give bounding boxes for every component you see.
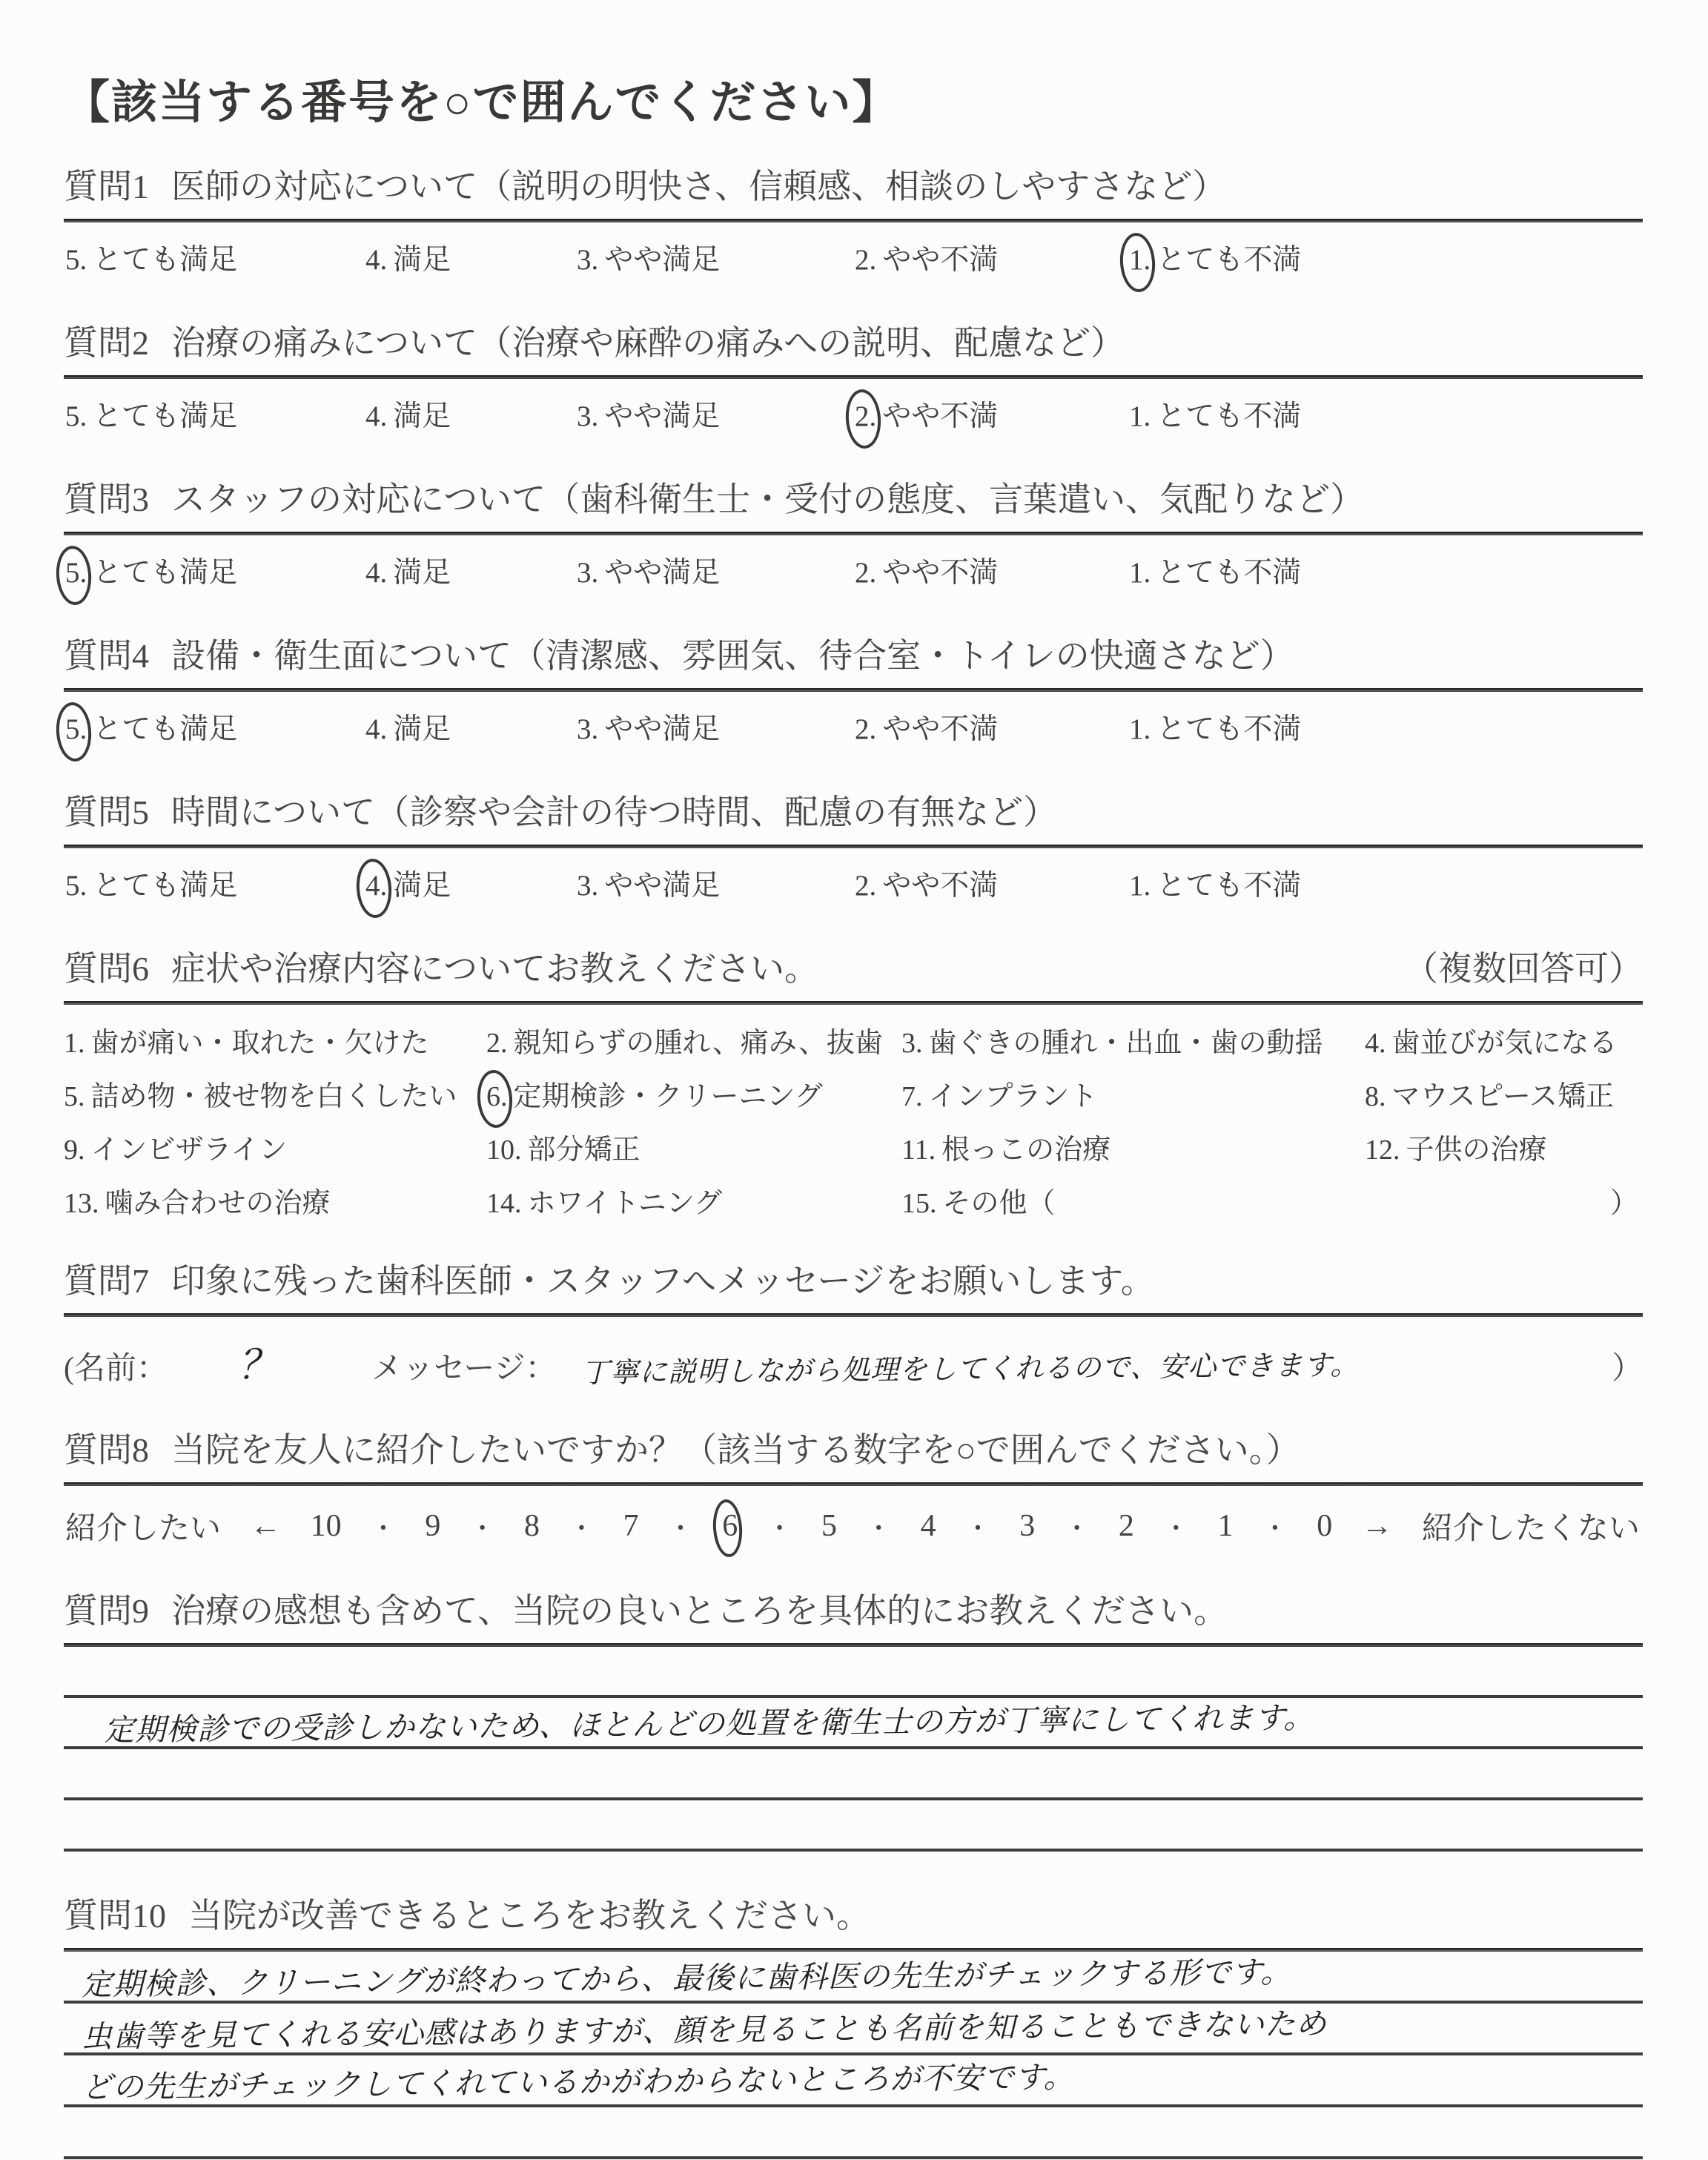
handwritten-answer: 定期検診での受診しかないため、ほとんどの処置を衛生士の方が丁寧にしてくれます。	[64, 1693, 1315, 1753]
circle-mark: 1.	[1129, 242, 1151, 279]
rating-option-5[interactable]: 5.とても満足	[65, 242, 365, 279]
nps-number-7[interactable]: 7	[623, 1508, 639, 1544]
rating-option-2[interactable]: 2.やや不満	[855, 868, 1129, 905]
rating-option-1[interactable]: 1.とても不満	[1129, 555, 1643, 592]
nps-number-9[interactable]: 9	[425, 1508, 440, 1544]
question-9-header: 質問9 治療の感想も含めて、当院の良いところを具体的にお教えください。	[64, 1590, 1643, 1633]
question-number: 質問8	[64, 1429, 149, 1472]
question-9: 質問9 治療の感想も含めて、当院の良いところを具体的にお教えください。 定期検診…	[64, 1590, 1643, 1852]
symptom-option-5[interactable]: 5.詰め物・被せ物を白くしたい	[64, 1079, 486, 1114]
question-number: 質問9	[64, 1590, 149, 1633]
question-title: スタッフの対応について（歯科衛生士・受付の態度、言葉遣い、気配りなど）	[171, 478, 1364, 521]
circle-mark: 2.	[855, 398, 876, 435]
handwritten-name[interactable]: ？	[238, 1333, 279, 1391]
nps-number-3[interactable]: 3	[1019, 1508, 1035, 1544]
symptom-option-3[interactable]: 3.歯ぐきの腫れ・出血・歯の動揺	[901, 1025, 1365, 1061]
dot-separator: ・	[1163, 1508, 1188, 1545]
symptom-option-12[interactable]: 12.子供の治療	[1365, 1132, 1643, 1168]
question-10: 質問10 当院が改善できるところをお教えください。 定期検診、クリーニングが終わ…	[64, 1895, 1643, 2159]
answer-line[interactable]: 定期検診、クリーニングが終わってから、最後に歯科医の先生がチェックする形です。	[64, 1952, 1643, 2004]
rating-options: 5.とても満足 4.満足 3.やや満足 2.やや不満 1.とても不満	[64, 848, 1643, 909]
dot-separator: ・	[866, 1508, 891, 1545]
answer-line[interactable]	[64, 1800, 1643, 1852]
rating-options: 5.とても満足 4.満足 3.やや満足 2.やや不満 1.とても不満	[64, 222, 1643, 283]
rating-option-3[interactable]: 3.やや満足	[577, 868, 855, 905]
nps-number-1[interactable]: 1	[1218, 1508, 1234, 1544]
question-8: 質問8 当院を友人に紹介したいですか？（該当する数字を○で囲んでください。） 紹…	[64, 1429, 1643, 1551]
nps-right-label: 紹介したくない	[1422, 1504, 1640, 1548]
rating-option-2[interactable]: 2.やや不満	[855, 711, 1129, 748]
question-number: 質問7	[64, 1260, 149, 1303]
question-number: 質問6	[64, 948, 149, 991]
symptom-option-8[interactable]: 8.マウスピース矯正	[1365, 1079, 1643, 1114]
symptom-option-6-circled[interactable]: 6.定期検診・クリーニング	[486, 1079, 901, 1114]
question-1-header: 質問1 医師の対応について（説明の明快さ、信頼感、相談のしやすさなど）	[64, 165, 1643, 208]
answer-line[interactable]: 定期検診での受診しかないため、ほとんどの処置を衛生士の方が丁寧にしてくれます。	[64, 1698, 1643, 1749]
question-title: 当院が改善できるところをお教えください。	[188, 1895, 870, 1938]
nps-number-2[interactable]: 2	[1119, 1508, 1134, 1544]
rating-option-3[interactable]: 3.やや満足	[577, 711, 855, 748]
symptom-option-13[interactable]: 13.噛み合わせの治療	[64, 1186, 486, 1221]
symptom-options: 1.歯が痛い・取れた・欠けた 2.親知らずの腫れ、痛み、抜歯 3.歯ぐきの腫れ・…	[64, 1005, 1643, 1221]
rating-option-4[interactable]: 4.満足	[365, 555, 577, 592]
nps-left-label: 紹介したい	[65, 1504, 221, 1548]
symptom-option-2[interactable]: 2.親知らずの腫れ、痛み、抜歯	[486, 1025, 901, 1061]
dot-separator: ・	[668, 1508, 693, 1545]
dot-separator: ・	[965, 1508, 990, 1545]
answer-line[interactable]	[64, 1647, 1643, 1698]
dot-separator: ・	[470, 1508, 495, 1545]
rating-option-1[interactable]: 1.とても不満	[1129, 711, 1643, 748]
question-number: 質問10	[64, 1895, 166, 1938]
question-2: 質問2 治療の痛みについて（治療や麻酔の痛みへの説明、配慮など） 5.とても満足…	[64, 322, 1643, 440]
rating-options: 5.とても満足 4.満足 3.やや満足 2.やや不満 1.とても不満	[64, 379, 1643, 440]
nps-number-5[interactable]: 5	[821, 1508, 837, 1544]
name-field-label: (名前：	[64, 1344, 168, 1388]
nps-number-8[interactable]: 8	[524, 1508, 540, 1544]
rating-option-1[interactable]: 1.とても不満	[1129, 868, 1643, 905]
symptom-option-14[interactable]: 14.ホワイトニング	[486, 1186, 901, 1221]
circle-mark: 5.	[65, 555, 87, 592]
question-number: 質問4	[64, 635, 149, 678]
dot-separator: ・	[767, 1508, 792, 1545]
page-title: 【該当する番号を○で囲んでください】	[64, 65, 1643, 131]
question-number: 質問1	[64, 165, 149, 208]
handwritten-answer: 定期検診、クリーニングが終わってから、最後に歯科医の先生がチェックする形です。	[64, 1947, 1292, 2007]
handwritten-answer: 虫歯等を見てくれる安心感はありますが、顔を見ることも名前を知ることもできないため	[64, 1999, 1328, 2059]
dot-separator: ・	[1065, 1508, 1090, 1545]
question-title: 治療の感想も含めて、当院の良いところを具体的にお教えください。	[171, 1590, 1228, 1633]
question-7: 質問7 印象に残った歯科医師・スタッフへメッセージをお願いします。 (名前： ？…	[64, 1260, 1643, 1390]
message-field-row: (名前： ？ メッセージ： 丁寧に説明しながら処理をしてくれるので、安心できます…	[64, 1317, 1643, 1390]
nps-number-6-circled[interactable]: 6	[722, 1508, 738, 1544]
symptom-option-11[interactable]: 11.根っこの治療	[901, 1132, 1365, 1168]
rating-option-3[interactable]: 3.やや満足	[577, 242, 855, 279]
rating-option-5-circled[interactable]: 5.とても満足	[65, 711, 365, 748]
question-3: 質問3 スタッフの対応について（歯科衛生士・受付の態度、言葉遣い、気配りなど） …	[64, 478, 1643, 596]
symptom-option-9[interactable]: 9.インビザライン	[64, 1132, 486, 1168]
rating-option-2[interactable]: 2.やや不満	[855, 555, 1129, 592]
nps-number-0[interactable]: 0	[1317, 1508, 1332, 1544]
question-title: 医師の対応について（説明の明快さ、信頼感、相談のしやすさなど）	[171, 165, 1226, 208]
rating-option-5[interactable]: 5.とても満足	[65, 868, 365, 905]
rating-options: 5.とても満足 4.満足 3.やや満足 2.やや不満 1.とても不満	[64, 692, 1643, 753]
nps-number-4[interactable]: 4	[921, 1508, 936, 1544]
circle-mark: 5.	[65, 711, 87, 748]
right-arrow-icon: →	[1362, 1508, 1393, 1544]
question-5: 質問5 時間について（診察や会計の待つ時間、配慮の有無など） 5.とても満足 4…	[64, 791, 1643, 909]
question-3-header: 質問3 スタッフの対応について（歯科衛生士・受付の態度、言葉遣い、気配りなど）	[64, 478, 1643, 521]
question-title: 設備・衛生面について（清潔感、雰囲気、待合室・トイレの快適さなど）	[171, 635, 1294, 678]
symptom-option-10[interactable]: 10.部分矯正	[486, 1132, 901, 1168]
rating-option-3[interactable]: 3.やや満足	[577, 398, 855, 435]
question-title: 症状や治療内容についてお教えください。	[171, 948, 818, 991]
answer-line[interactable]: 虫歯等を見てくれる安心感はありますが、顔を見ることも名前を知ることもできないため	[64, 2004, 1643, 2055]
rating-options: 5.とても満足 4.満足 3.やや満足 2.やや不満 1.とても不満	[64, 535, 1643, 596]
rating-option-1[interactable]: 1.とても不満	[1129, 398, 1643, 435]
question-title: 時間について（診察や会計の待つ時間、配慮の有無など）	[171, 791, 1057, 834]
rating-option-3[interactable]: 3.やや満足	[577, 555, 855, 592]
question-number: 質問2	[64, 322, 149, 365]
rating-option-4[interactable]: 4.満足	[365, 711, 577, 748]
answer-line[interactable]	[64, 2107, 1643, 2159]
circle-mark: 4.	[365, 868, 387, 905]
other-close-paren: ）	[1365, 1186, 1643, 1221]
symptom-option-1[interactable]: 1.歯が痛い・取れた・欠けた	[64, 1025, 486, 1061]
question-6: 質問6 症状や治療内容についてお教えください。 （複数回答可） 1.歯が痛い・取…	[64, 948, 1643, 1221]
rating-option-4[interactable]: 4.満足	[365, 398, 577, 435]
dot-separator: ・	[1262, 1508, 1288, 1545]
question-8-header: 質問8 当院を友人に紹介したいですか？（該当する数字を○で囲んでください。）	[64, 1429, 1643, 1472]
multi-answer-note: （複数回答可）	[1404, 948, 1643, 991]
answer-line[interactable]: どの先生がチェックしてくれているかがわからないところが不安です。	[64, 2055, 1643, 2107]
circle-mark: 6.	[486, 1079, 508, 1114]
symptom-option-15-other[interactable]: 15.その他（	[901, 1186, 1365, 1221]
question-7-header: 質問7 印象に残った歯科医師・スタッフへメッセージをお願いします。	[64, 1260, 1643, 1303]
question-4-header: 質問4 設備・衛生面について（清潔感、雰囲気、待合室・トイレの快適さなど）	[64, 635, 1643, 678]
question-title: 治療の痛みについて（治療や麻酔の痛みへの説明、配慮など）	[171, 322, 1125, 365]
rating-option-2-circled[interactable]: 2.やや不満	[855, 398, 1129, 435]
question-4: 質問4 設備・衛生面について（清潔感、雰囲気、待合室・トイレの快適さなど） 5.…	[64, 635, 1643, 753]
symptom-option-4[interactable]: 4.歯並びが気になる	[1365, 1025, 1643, 1061]
dot-separator: ・	[371, 1508, 396, 1545]
question-5-header: 質問5 時間について（診察や会計の待つ時間、配慮の有無など）	[64, 791, 1643, 834]
question-10-header: 質問10 当院が改善できるところをお教えください。	[64, 1895, 1643, 1938]
handwritten-message[interactable]: 丁寧に説明しながら処理をしてくれるので、安心できます。	[581, 1342, 1360, 1391]
question-number: 質問5	[64, 791, 149, 834]
question-number: 質問3	[64, 478, 149, 521]
question-6-header: 質問6 症状や治療内容についてお教えください。 （複数回答可）	[64, 948, 1643, 991]
rating-option-5-circled[interactable]: 5.とても満足	[65, 555, 365, 592]
question-title: 印象に残った歯科医師・スタッフへメッセージをお願いします。	[171, 1260, 1155, 1303]
rating-option-4[interactable]: 4.満足	[365, 242, 577, 279]
nps-scale: 紹介したい ← 10 ・ 9 ・ 8 ・ 7 ・ 6 ・ 5 ・ 4 ・ 3 ・…	[64, 1486, 1643, 1551]
survey-sheet: 【該当する番号を○で囲んでください】 質問1 医師の対応について（説明の明快さ、…	[0, 0, 1708, 2159]
rating-option-1-circled[interactable]: 1.とても不満	[1129, 242, 1643, 279]
handwritten-answer: どの先生がチェックしてくれているかがわからないところが不安です。	[64, 2052, 1075, 2110]
dot-separator: ・	[569, 1508, 594, 1545]
close-paren: ）	[1612, 1344, 1643, 1388]
left-arrow-icon: ←	[250, 1508, 281, 1544]
rating-option-4-circled[interactable]: 4.満足	[365, 868, 577, 905]
message-field-label: メッセージ：	[371, 1344, 556, 1388]
symptom-option-7[interactable]: 7.インプラント	[901, 1079, 1365, 1114]
question-2-header: 質問2 治療の痛みについて（治療や麻酔の痛みへの説明、配慮など）	[64, 322, 1643, 365]
question-1: 質問1 医師の対応について（説明の明快さ、信頼感、相談のしやすさなど） 5.とて…	[64, 165, 1643, 283]
nps-number-10[interactable]: 10	[311, 1508, 342, 1544]
answer-line[interactable]	[64, 1749, 1643, 1800]
question-title: 当院を友人に紹介したいですか？（該当する数字を○で囲んでください。）	[171, 1429, 1300, 1472]
rating-option-5[interactable]: 5.とても満足	[65, 398, 365, 435]
rating-option-2[interactable]: 2.やや不満	[855, 242, 1129, 279]
